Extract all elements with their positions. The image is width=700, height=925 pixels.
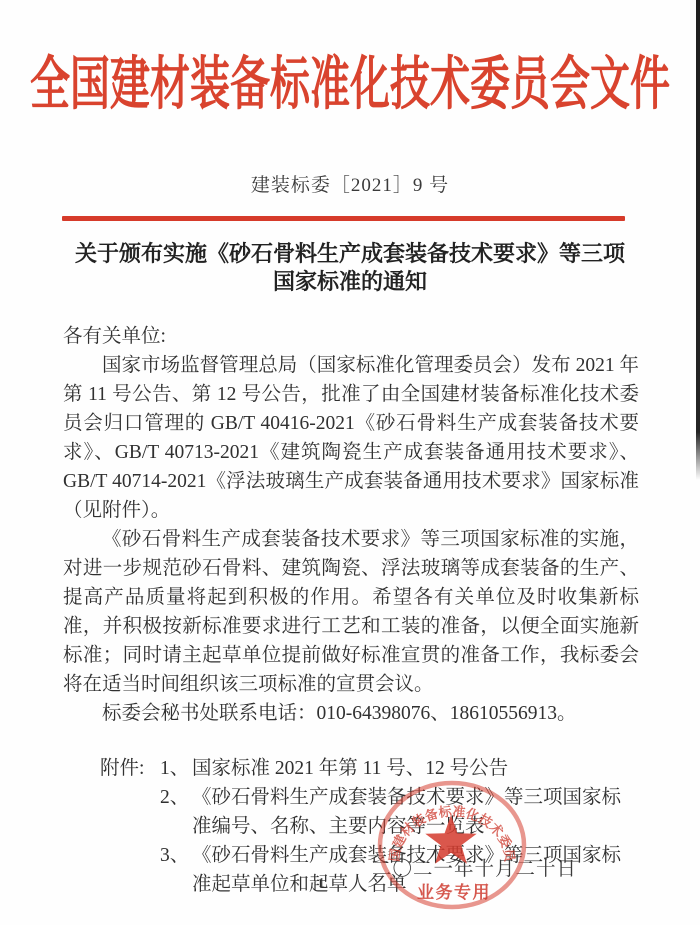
issue-date: 二〇二一年十月二十日 <box>372 853 577 881</box>
issuing-body-title: 全国建材装备标准化技术委员会文件 <box>30 38 670 121</box>
notice-title: 关于颁布实施《砂石骨料生产成套装备技术要求》等三项 国家标准的通知 <box>0 240 700 296</box>
attachment-item: 2、 《砂石骨料生产成套装备技术要求》等三项国家标准编号、名称、主要内容等一览表 <box>160 783 639 841</box>
attachment-number: 1、 <box>160 754 192 783</box>
attachment-text: 《砂石骨料生产成套装备技术要求》等三项国家标准编号、名称、主要内容等一览表 <box>192 783 639 841</box>
red-header: 全国建材装备标准化技术委员会文件 <box>0 38 700 95</box>
paragraph-implementation: 《砂石骨料生产成套装备技术要求》等三项国家标准的实施，对进一步规范砂石骨料、建筑… <box>63 525 639 699</box>
scanned-official-document: 全国建材装备标准化技术委员会文件 建装标委［2021］9 号 关于颁布实施《砂石… <box>0 0 700 925</box>
contact-phone-line: 标委会秘书处联系电话：010-64398076、18610556913。 <box>63 699 639 728</box>
paragraph-standards-announcement: 国家市场监督管理总局（国家标准化管理委员会）发布 2021 年第 11 号公告、… <box>63 351 639 525</box>
attachment-number: 3、 <box>160 841 192 870</box>
attachments-label: 附件: <box>100 754 148 783</box>
attachment-number: 2、 <box>160 783 192 812</box>
page-number: 1 <box>318 876 325 892</box>
attachment-text: 国家标准 2021 年第 11 号、12 号公告 <box>192 754 639 783</box>
notice-title-line2: 国家标准的通知 <box>0 268 700 296</box>
notice-title-line1: 关于颁布实施《砂石骨料生产成套装备技术要求》等三项 <box>0 240 700 268</box>
attachment-item: 1、 国家标准 2021 年第 11 号、12 号公告 <box>160 754 639 783</box>
document-body: 各有关单位: 国家市场监督管理总局（国家标准化管理委员会）发布 2021 年第 … <box>63 322 639 899</box>
document-number: 建装标委［2021］9 号 <box>0 170 700 197</box>
salutation: 各有关单位: <box>63 322 639 351</box>
red-divider-line <box>62 216 625 221</box>
